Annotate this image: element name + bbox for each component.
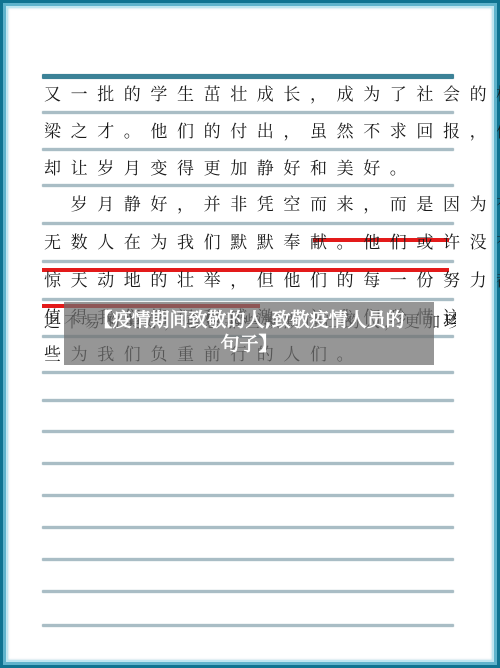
ruled-line (42, 298, 454, 301)
ruled-line (42, 222, 454, 225)
ruled-line (42, 494, 454, 497)
ruled-line (42, 260, 454, 263)
ruled-line (42, 399, 454, 402)
overlay-title-line1: 【疫情期间致敬的人,致敬疫情人员的 (64, 308, 434, 332)
overlay-title-line2: 句子】 (64, 332, 434, 356)
text-line: 却让岁月变得更加静好和美好。 (44, 156, 456, 182)
text-line: 梁之才。他们的付出，虽然不求回报，但 (44, 119, 456, 145)
title-overlay: 【疫情期间致敬的人,致敬疫情人员的 句子】 (64, 302, 434, 365)
ruled-line (42, 624, 454, 627)
ruled-line (42, 111, 454, 114)
ruled-line (42, 590, 454, 593)
ruled-line (42, 184, 454, 187)
ruled-line (42, 558, 454, 561)
ruled-line (42, 148, 454, 151)
ruled-line (42, 526, 454, 529)
text-line: 岁月静好，并非凭空而来，而是因为有 (44, 192, 456, 218)
text-line: 惊天动地的壮举，但他们的每一份努力都 (44, 268, 456, 294)
ruled-line (42, 430, 454, 433)
ruled-line (42, 371, 454, 374)
text-line: 无数人在为我们默默奉献。他们或许没有 (44, 230, 456, 256)
ruled-line (42, 462, 454, 465)
ruled-line (42, 74, 454, 79)
text-line: 又一批的学生茁壮成长，成为了社会的栋 (44, 82, 456, 108)
